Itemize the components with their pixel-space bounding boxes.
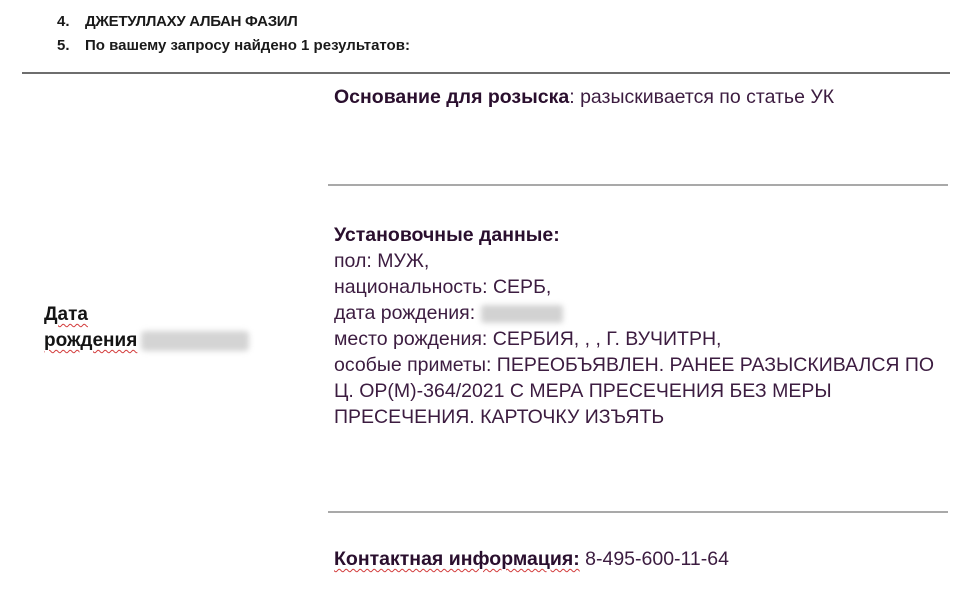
birth-place-value: СЕРБИЯ, , , Г. ВУЧИТРН, bbox=[493, 328, 722, 350]
special-marks-field: особые приметы: ПЕРЕОБЪЯВЛЕН. РАНЕЕ РАЗЫ… bbox=[334, 352, 954, 430]
contact-label: Контактная информация: bbox=[334, 548, 580, 570]
birth-date-cell: Дата рождения bbox=[44, 302, 249, 354]
list-item-name: 4. ДЖЕТУЛЛАХУ АЛБАН ФАЗИЛ bbox=[57, 10, 410, 34]
identification-title: Установочные данные: bbox=[334, 222, 954, 248]
identification-section: Установочные данные: пол: МУЖ, националь… bbox=[334, 222, 954, 430]
list-number: 4. bbox=[57, 10, 85, 34]
search-basis-separator: : bbox=[569, 86, 580, 108]
contact-section: Контактная информация: 8-495-600-11-64 bbox=[334, 546, 954, 572]
search-basis-section: Основание для розыска: разыскивается по … bbox=[334, 84, 954, 110]
divider-top bbox=[22, 72, 950, 74]
divider-section-2 bbox=[328, 511, 948, 513]
contact-phone: 8-495-600-11-64 bbox=[585, 548, 729, 570]
birth-date-field: дата рождения: bbox=[334, 300, 954, 326]
result-count-text: По вашему запросу найдено 1 результатов: bbox=[85, 34, 410, 58]
sex-label: пол: bbox=[334, 250, 377, 272]
search-basis-value: разыскивается по статье УК bbox=[580, 86, 834, 108]
list-item-result-count: 5. По вашему запросу найдено 1 результат… bbox=[57, 34, 410, 58]
redacted-birth-date bbox=[141, 331, 249, 351]
divider-section-1 bbox=[328, 184, 948, 186]
nationality-value: СЕРБ, bbox=[493, 276, 551, 298]
nationality-label: национальность: bbox=[334, 276, 493, 298]
birth-place-field: место рождения: СЕРБИЯ, , , Г. ВУЧИТРН, bbox=[334, 326, 954, 352]
result-header-list: 4. ДЖЕТУЛЛАХУ АЛБАН ФАЗИЛ 5. По вашему з… bbox=[57, 10, 410, 58]
birth-place-label: место рождения: bbox=[334, 328, 493, 350]
nationality-field: национальность: СЕРБ, bbox=[334, 274, 954, 300]
sex-value: МУЖ, bbox=[377, 250, 429, 272]
special-marks-label: особые приметы: bbox=[334, 354, 497, 376]
birth-date-label: дата рождения: bbox=[334, 302, 475, 324]
redacted-birth-date-inline bbox=[481, 305, 563, 323]
birth-date-label-line1: Дата bbox=[44, 302, 249, 328]
list-number: 5. bbox=[57, 34, 85, 58]
birth-date-label-line2: рождения bbox=[44, 330, 137, 351]
sex-field: пол: МУЖ, bbox=[334, 248, 954, 274]
search-basis-label: Основание для розыска bbox=[334, 86, 569, 108]
person-name: ДЖЕТУЛЛАХУ АЛБАН ФАЗИЛ bbox=[85, 10, 298, 34]
